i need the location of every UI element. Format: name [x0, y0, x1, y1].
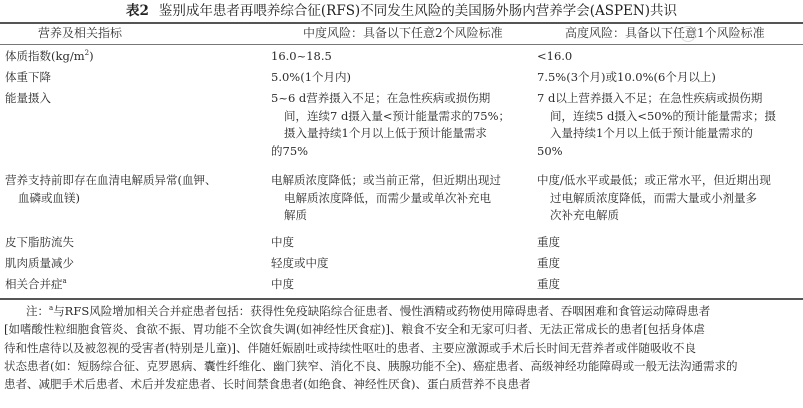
- header-rule: [0, 44, 803, 45]
- table-footnote: 注：a与RFS风险增加相关合并症患者包括：获得性免疫缺陷综合征患者、慢性酒精或药…: [4, 302, 799, 393]
- cell-text: 相关合并症: [5, 277, 63, 291]
- high-cell: 重度: [537, 276, 799, 294]
- bottom-rule: [0, 298, 803, 300]
- table-label: 表2: [126, 3, 149, 19]
- high-cell: 重度: [537, 255, 799, 273]
- high-cell: <16.0: [537, 48, 799, 66]
- note-text: 状态患者(如：短肠综合征、克罗恩病、囊性纤维化、幽门狭窄、消化不良、胰腺功能不全…: [4, 357, 799, 375]
- cell-text: 的75%: [271, 143, 527, 161]
- moderate-cell: 16.0~18.5: [271, 48, 527, 66]
- cell-text: <16.0: [537, 48, 799, 66]
- cell-text: 5~6 d营养摄入不足；在急性疾病或损伤期: [271, 90, 527, 108]
- table-title: 鉴别成年患者再喂养综合征(RFS)不同发生风险的美国肠外肠内营养学会(ASPEN…: [159, 3, 677, 19]
- note-text: 与RFS风险增加相关合并症患者包括：获得性免疫缺陷综合征患者、慢性酒精或药物使用…: [53, 304, 710, 318]
- cell-text: 中度: [271, 234, 527, 252]
- cell-text: 解质: [271, 207, 527, 225]
- cell-text: 轻度或中度: [271, 255, 527, 273]
- cell-text: 重度: [537, 234, 799, 252]
- cell-text: 入量持续1个月以上低于预计能量需求的: [537, 125, 799, 143]
- indicator-cell: 体质指数(kg/m2): [5, 48, 260, 66]
- cell-text: 能量摄入: [5, 90, 260, 108]
- cell-text: 7 d以上营养摄入不足；在急性疾病或损伤期: [537, 90, 799, 108]
- indicator-cell: 营养支持前即存在血清电解质异常(血钾、 血磷或血镁): [5, 172, 260, 207]
- header-indicator: 营养及相关指标: [38, 24, 122, 42]
- cell-text: 电解质浓度降低，而需少量或单次补充电: [271, 190, 527, 208]
- moderate-cell: 轻度或中度: [271, 255, 527, 273]
- indicator-cell: 能量摄入: [5, 90, 260, 108]
- note-text: [如嗜酸性粒细胞食管炎、食欲不振、胃功能不全饮食失调(如神经性厌食症)]、粮食不…: [4, 320, 799, 338]
- cell-text: 16.0~18.5: [271, 48, 527, 66]
- high-cell: 中度/低水平或最低；或正常水平，但近期出现 过电解质浓度降低，而需大量或小剂量多…: [537, 172, 799, 225]
- cell-text: 中度: [271, 276, 527, 294]
- note-text: 患者、减肥手术后患者、术后并发症患者、长时间禁食患者(如绝食、神经性厌食)、蛋白…: [4, 375, 799, 393]
- indicator-cell: 体重下降: [5, 69, 260, 87]
- cell-text: 营养支持前即存在血清电解质异常(血钾、: [5, 172, 260, 190]
- indicator-cell: 相关合并症a: [5, 276, 260, 294]
- note-text: 待和性虐待以及被忽视的受害者(特别是儿童)]、伴随妊娠剧吐或持续性呕吐的患者、主…: [4, 339, 799, 357]
- high-cell: 7 d以上营养摄入不足；在急性疾病或损伤期 间，连续5 d摄入<50%的预计能量…: [537, 90, 799, 160]
- high-cell: 7.5%(3个月)或10.0%(6个月以上): [537, 69, 799, 87]
- note-prefix: 注：: [26, 304, 49, 318]
- cell-text: 体重下降: [5, 69, 260, 87]
- footnote-marker: a: [63, 277, 67, 285]
- cell-text: 7.5%(3个月)或10.0%(6个月以上): [537, 69, 799, 87]
- header-moderate-risk: 中度风险：具备以下任意2个风险标准: [303, 24, 503, 42]
- cell-text: 重度: [537, 255, 799, 273]
- cell-text: 次补充电解质: [537, 207, 799, 225]
- cell-text: 重度: [537, 276, 799, 294]
- cell-text: 5.0%(1个月内): [271, 69, 527, 87]
- moderate-cell: 5~6 d营养摄入不足；在急性疾病或损伤期 间，连续7 d摄入量<预计能量需求的…: [271, 90, 527, 160]
- cell-text: 间，连续7 d摄入量<预计能量需求的75%；: [271, 108, 527, 126]
- cell-text: 中度/低水平或最低；或正常水平，但近期出现: [537, 172, 799, 190]
- indicator-cell: 肌肉质量减少: [5, 255, 260, 273]
- watermark: [680, 26, 800, 44]
- indicator-text: ): [89, 49, 94, 63]
- table-caption: 表2鉴别成年患者再喂养综合征(RFS)不同发生风险的美国肠外肠内营养学会(ASP…: [0, 2, 803, 20]
- moderate-cell: 5.0%(1个月内): [271, 69, 527, 87]
- cell-text: 间，连续5 d摄入<50%的预计能量需求；摄: [537, 108, 799, 126]
- cell-text: 皮下脂肪流失: [5, 234, 260, 252]
- cell-text: 50%: [537, 143, 799, 161]
- moderate-cell: 中度: [271, 276, 527, 294]
- moderate-cell: 中度: [271, 234, 527, 252]
- high-cell: 重度: [537, 234, 799, 252]
- seal-icon: [680, 26, 696, 42]
- cell-text: 过电解质浓度降低，而需大量或小剂量多: [537, 190, 799, 208]
- indicator-cell: 皮下脂肪流失: [5, 234, 260, 252]
- cell-text: 血磷或血镁): [5, 190, 260, 208]
- moderate-cell: 电解质浓度降低；或当前正常，但近期出现过 电解质浓度降低，而需少量或单次补充电 …: [271, 172, 527, 225]
- indicator-text: 体质指数(kg/m: [5, 49, 85, 63]
- cell-text: 电解质浓度降低；或当前正常，但近期出现过: [271, 172, 527, 190]
- cell-text: 摄入量持续1个月以上低于预计能量需求: [271, 125, 527, 143]
- cell-text: 肌肉质量减少: [5, 255, 260, 273]
